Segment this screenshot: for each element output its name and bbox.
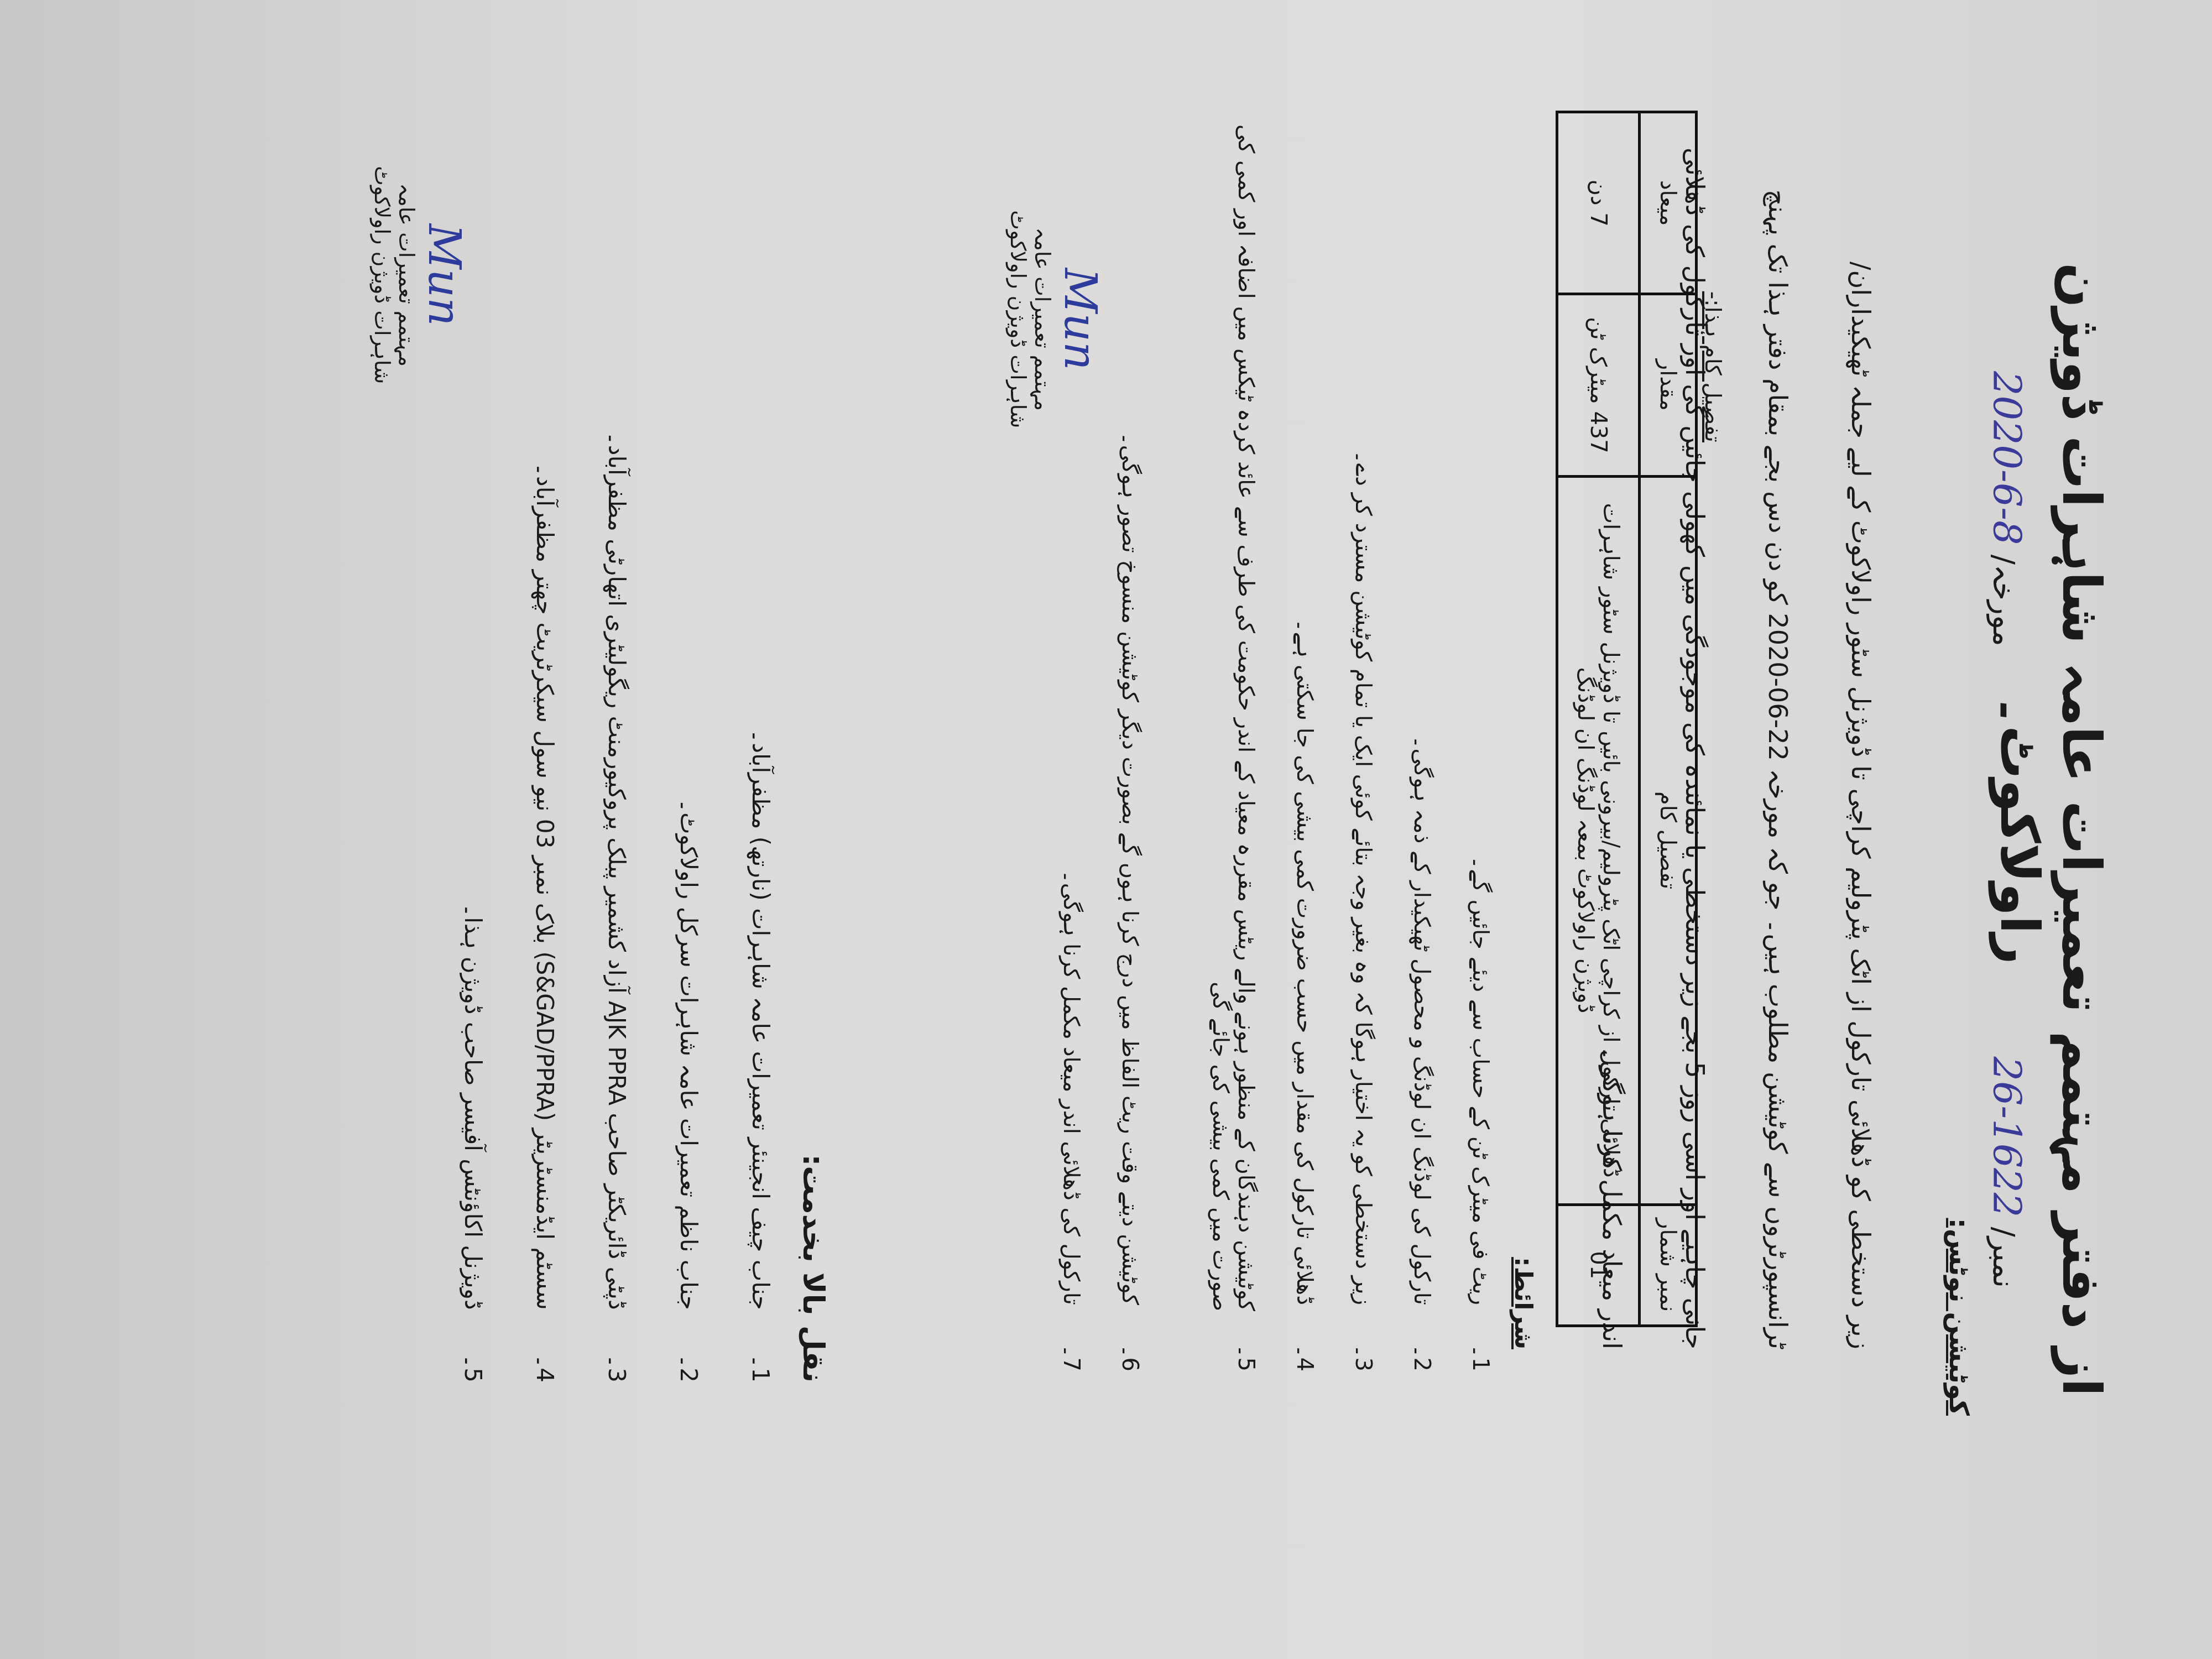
cell-quantity: 437 میٹرک ٹن [1557,294,1640,476]
signatory-office: شاہرات ڈویژن راولاکوٹ [1006,210,1030,428]
list-item: 1۔جناب چیف انجینئر تعمیرات عامہ شاہرات (… [702,431,774,1383]
item-number: 5۔ [1142,1344,1259,1371]
item-number: 7۔ [1025,1338,1084,1371]
cell-description: ڈھلائی تارکول از کراچی اٹک پٹرولیم/بیرون… [1557,476,1640,1204]
list-item: 3۔ڈپٹی ڈائریکٹر صاحب AJK PPRA آزاد کشمیر… [559,431,630,1383]
copy-to-heading: نقل بالا بخدمت: [796,1155,830,1383]
item-number: 6۔ [1084,1338,1142,1371]
list-item: 1۔ریٹ فی میٹرک ٹن کے حساب سے دیئے جائیں … [1434,100,1493,1371]
table-row: 01 ڈھلائی تارکول از کراچی اٹک پٹرولیم/بی… [1557,112,1640,1326]
item-text: زیر دستخطی کو یہ اختیار ہوگا کہ وہ بغیر … [1317,450,1376,1305]
item-text: ڈویژنل اکاؤنٹس آفیسر صاحب ڈویژن ہذا۔ [415,904,487,1310]
item-text: کوٹیشن دہندگان کے منظور ہونے والے ریٹس م… [1142,100,1259,1311]
header-serial: نمبر شمار [1640,1204,1697,1326]
signatory-title: مہتمم تعمیرات عامہ [1030,210,1055,428]
item-number: 4۔ [487,1354,559,1383]
item-text: جناب ناظم تعمیرات عامہ شاہرات سرکل راولا… [630,799,702,1310]
signature-scribble: Mun [1055,210,1106,428]
signature-block-1: Mun مہتمم تعمیرات عامہ شاہرات ڈویژن راول… [1006,210,1106,428]
item-text: ڈپٹی ڈائریکٹر صاحب AJK PPRA آزاد کشمیر پ… [559,431,630,1310]
cell-duration: 7 دن [1557,112,1640,294]
item-number: 2۔ [630,1354,702,1383]
reference-number-value: 1622-26 [1984,1057,2030,1218]
date: مورخہ/ 8-6-2020 [1984,371,2030,646]
works-table: نمبر شمار تفصیل کام مقدار میعاد 01 ڈھلائ… [1556,111,1698,1327]
item-number: 3۔ [1317,1338,1376,1371]
list-item: 2۔تارکول کی لوڈنگ ان لوڈنگ و محصول ٹھیکی… [1376,100,1434,1371]
reference-label: نمبر/ [1986,1227,2021,1288]
conditions-heading: شرائط: [1509,1257,1537,1349]
item-number: 4۔ [1259,1338,1317,1371]
item-number: 1۔ [1434,1338,1493,1371]
signatory-title: مہتمم تعمیرات عامہ [394,166,419,384]
signatory-office: شاہرات ڈویژن راولاکوٹ [370,166,394,384]
list-item: 3۔زیر دستخطی کو یہ اختیار ہوگا کہ وہ بغی… [1317,100,1376,1371]
notice-heading: کوٹیشن نوٹس: [1943,1218,1974,1416]
header-duration: میعاد [1640,112,1697,294]
header-description: تفصیل کام [1640,476,1697,1204]
list-item: 2۔جناب ناظم تعمیرات عامہ شاہرات سرکل راو… [630,431,702,1383]
item-number: 5۔ [415,1354,487,1383]
item-text: ڈھلائی تارکول کی مقدار میں حسب ضرورت کمی… [1259,619,1317,1305]
item-text: کوٹیشن دیتے وقت ریٹ الفاظ میں درج کرنا ہ… [1084,432,1142,1305]
table-caption: تفصیل کام ہذا:- [1700,291,1725,442]
copy-to-list: 1۔جناب چیف انجینئر تعمیرات عامہ شاہرات (… [415,431,774,1383]
header-quantity: مقدار [1640,294,1697,476]
item-text: ریٹ فی میٹرک ٹن کے حساب سے دیئے جائیں گے… [1434,856,1493,1305]
item-number: 1۔ [702,1354,774,1383]
list-item: 4۔ڈھلائی تارکول کی مقدار میں حسب ضرورت ک… [1259,100,1317,1371]
item-text: سسٹم ایڈمنسٹریٹر (S&GAD/PPRA) بلاک نمبر … [487,462,559,1310]
signature-scribble: Mun [419,166,470,384]
item-number: 3۔ [559,1354,630,1383]
item-text: تارکول کی ڈھلائی اندر میعاد مکمل کرنا ہو… [1025,870,1084,1305]
document-page: از دفتر مہتمم تعمیرات عامہ شاہرات ڈویژن … [0,0,2212,1659]
item-text: جناب چیف انجینئر تعمیرات عامہ شاہرات (نا… [702,729,774,1310]
reference-line: نمبر/ 1622-26 مورخہ/ 8-6-2020 [1984,166,2030,1493]
cell-serial: 01 [1557,1204,1640,1326]
list-item: 5۔ڈویژنل اکاؤنٹس آفیسر صاحب ڈویژن ہذا۔ [415,431,487,1383]
list-item: 4۔سسٹم ایڈمنسٹریٹر (S&GAD/PPRA) بلاک نمب… [487,431,559,1383]
date-value: 8-6-2020 [1984,371,2030,545]
item-text: تارکول کی لوڈنگ ان لوڈنگ و محصول ٹھیکیدا… [1376,735,1434,1305]
date-label: مورخہ/ [1986,555,2021,646]
signature-block-2: Mun مہتمم تعمیرات عامہ شاہرات ڈویژن راول… [370,166,470,384]
table-header-row: نمبر شمار تفصیل کام مقدار میعاد [1640,112,1697,1326]
item-number: 2۔ [1376,1338,1434,1371]
list-item: 5۔کوٹیشن دہندگان کے منظور ہونے والے ریٹس… [1142,100,1259,1371]
reference-number: نمبر/ 1622-26 [1984,1057,2030,1288]
